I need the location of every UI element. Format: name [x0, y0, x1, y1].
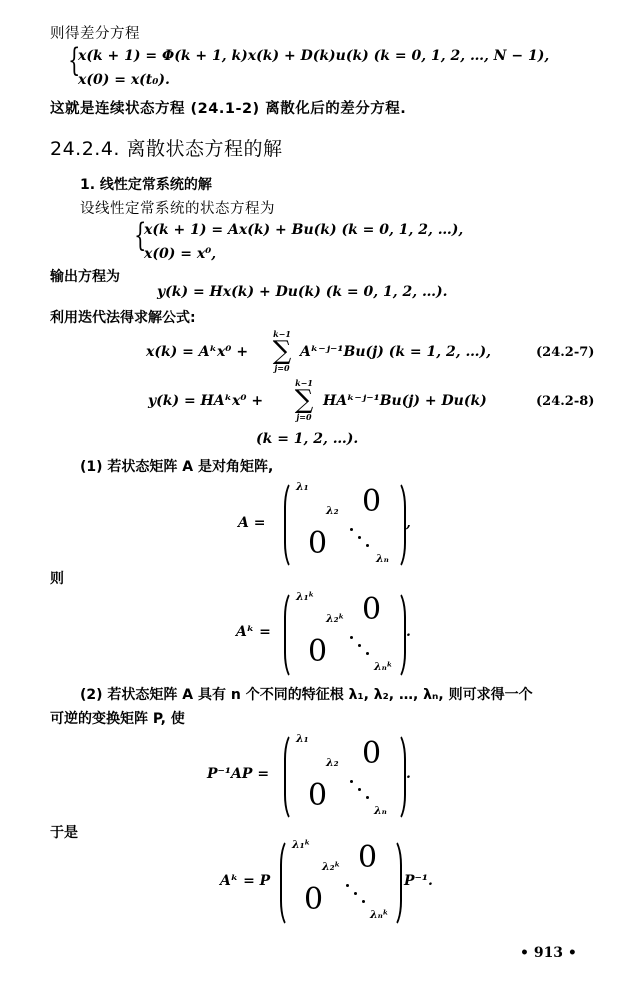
left-paren — [284, 480, 300, 570]
subsection-heading: 1. 线性定常系统的解 — [80, 174, 212, 194]
diagonal-matrix-a: λ₁ λ₂ λₙ 0 0 — [284, 480, 406, 570]
output-equation-intro: 输出方程为 — [50, 266, 120, 286]
equation-number-7: (24.2-7) — [536, 345, 594, 360]
case-2-text: (2) 若状态矩阵 A 具有 n 个不同的特征根 λ₁, λ₂, …, λₙ, … — [80, 684, 533, 704]
similarity-lhs: P⁻¹AP = — [207, 766, 269, 782]
matrix-a-power-lhs: Aᵏ = — [236, 624, 271, 640]
matrix-a-lhs: A = — [238, 515, 265, 531]
right-paren — [390, 480, 406, 570]
left-paren — [284, 732, 300, 822]
state-equation-intro: 设线性定常系统的状态方程为 — [80, 197, 275, 218]
formula-8-lhs: y(k) = HAᵏx⁰ + — [148, 393, 263, 409]
intro-conclusion: 这就是连续状态方程 (24.1-2) 离散化后的差分方程. — [50, 97, 406, 118]
formula-8-condition: (k = 1, 2, …). — [256, 431, 358, 447]
then-label: 则 — [50, 568, 64, 588]
page-number: • 913 • — [520, 945, 577, 961]
power-decomposition-lhs: Aᵏ = P — [220, 873, 270, 889]
power-decomposition-rhs: P⁻¹. — [404, 873, 433, 889]
difference-equation: x(k + 1) = Φ(k + 1, k)x(k) + D(k)u(k) (k… — [78, 48, 549, 64]
right-paren — [390, 732, 406, 822]
initial-condition: x(0) = x(t₀). — [78, 72, 170, 88]
left-paren — [280, 838, 296, 928]
formula-7-rhs: Aᵏ⁻ʲ⁻¹Bu(j) (k = 1, 2, …), — [300, 344, 491, 360]
equation-number-8: (24.2-8) — [536, 394, 594, 409]
sigma-icon: ∑ — [290, 387, 318, 413]
intro-text: 则得差分方程 — [50, 22, 140, 43]
left-paren — [284, 590, 300, 680]
diagonal-matrix-a-power: λ₁ᵏ λ₂ᵏ λₙᵏ 0 0 — [284, 590, 406, 680]
state-initial-condition: x(0) = x⁰, — [144, 246, 216, 262]
summation-7: k−1 ∑ j=0 — [268, 330, 296, 372]
case-2-text-continued: 可逆的变换矩阵 P, 使 — [50, 708, 185, 728]
section-heading: 24.2.4. 离散状态方程的解 — [50, 134, 283, 161]
output-equation: y(k) = Hx(k) + Du(k) (k = 0, 1, 2, …). — [157, 284, 447, 300]
therefore-label: 于是 — [50, 822, 78, 842]
summation-8: k−1 ∑ j=0 — [290, 379, 318, 421]
iteration-intro: 利用迭代法得求解公式: — [50, 307, 196, 327]
diagonal-matrix-power-decomposition: λ₁ᵏ λ₂ᵏ λₙᵏ 0 0 — [280, 838, 402, 928]
formula-7-lhs: x(k) = Aᵏx⁰ + — [146, 344, 248, 360]
formula-8-rhs: HAᵏ⁻ʲ⁻¹Bu(j) + Du(k) — [323, 393, 487, 409]
diagonal-matrix-similarity: λ₁ λ₂ λₙ 0 0 — [284, 732, 406, 822]
case-1-text: (1) 若状态矩阵 A 是对角矩阵, — [80, 456, 273, 476]
state-equation: x(k + 1) = Ax(k) + Bu(k) (k = 0, 1, 2, …… — [144, 222, 463, 238]
sigma-icon: ∑ — [268, 338, 296, 364]
